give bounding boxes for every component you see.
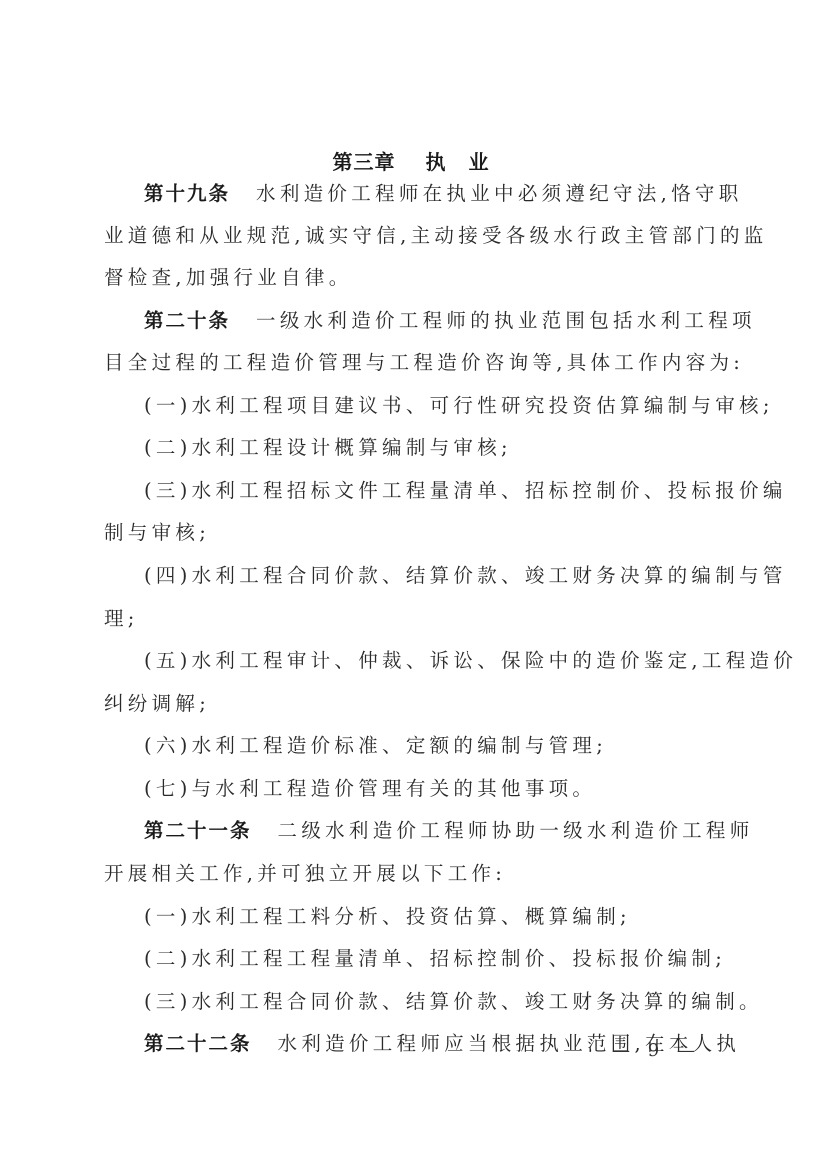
article-number: 第二十一条: [144, 819, 252, 842]
chapter-name-1: 执: [426, 150, 447, 174]
line-text: (七)与水利工程造价管理有关的其他事项。: [144, 777, 596, 800]
text-line: (五)水利工程审计、仲裁、诉讼、保险中的造价鉴定,工程造价: [144, 647, 744, 675]
line-text: (一)水利工程工料分析、投资估算、概算编制;: [144, 905, 631, 928]
line-text: (四)水利工程合同价款、结算价款、竣工财务决算的编制与管: [144, 564, 787, 587]
line-text: 开展相关工作,并可独立开展以下工作:: [104, 862, 506, 885]
line-text: 目全过程的工程造价管理与工程造价咨询等,具体工作内容为:: [104, 351, 744, 374]
text-line: (一)水利工程项目建议书、可行性研究投资估算编制与审核;: [144, 392, 744, 420]
chapter-title: 第三章执业: [0, 146, 822, 175]
article-number: 第十九条: [144, 182, 230, 205]
line-text: (三)水利工程招标文件工程量清单、招标控制价、投标报价编: [144, 479, 787, 502]
text-line: (四)水利工程合同价款、结算价款、竣工财务决算的编制与管: [144, 562, 744, 590]
line-text: 一级水利造价工程师的执业范围包括水利工程项: [256, 309, 756, 332]
line-text: 纠纷调解;: [104, 692, 210, 715]
document-page: 第三章执业 第十九条水利造价工程师在执业中必须遵纪守法,恪守职业道德和从业规范,…: [0, 0, 822, 1172]
text-line: 督检查,加强行业自律。: [104, 264, 704, 292]
line-text: (二)水利工程设计概算编制与审核;: [144, 436, 512, 459]
line-text: (三)水利工程合同价款、结算价款、竣工财务决算的编制。: [144, 990, 763, 1013]
text-line: (三)水利工程合同价款、结算价款、竣工财务决算的编制。: [144, 988, 744, 1016]
text-line: (三)水利工程招标文件工程量清单、招标控制价、投标报价编: [144, 477, 744, 505]
line-text: (六)水利工程造价标准、定额的编制与管理;: [144, 734, 607, 757]
text-line: (七)与水利工程造价管理有关的其他事项。: [144, 775, 744, 803]
chapter-number: 第三章: [333, 150, 396, 174]
line-text: 二级水利造价工程师协助一级水利造价工程师: [278, 819, 754, 842]
chapter-name-2: 业: [469, 150, 490, 174]
text-line: (六)水利工程造价标准、定额的编制与管理;: [144, 732, 744, 760]
text-line: (二)水利工程设计概算编制与审核;: [144, 434, 744, 462]
line-text: (一)水利工程项目建议书、可行性研究投资估算编制与审核;: [144, 394, 774, 417]
article-paragraph-line: 第二十一条二级水利造价工程师协助一级水利造价工程师: [144, 817, 744, 845]
text-line: 目全过程的工程造价管理与工程造价咨询等,具体工作内容为:: [104, 349, 704, 377]
article-paragraph-line: 第二十条一级水利造价工程师的执业范围包括水利工程项: [144, 307, 744, 335]
page-number: — 9 —: [612, 1040, 701, 1061]
text-line: (一)水利工程工料分析、投资估算、概算编制;: [144, 903, 744, 931]
line-text: (二)水利工程工程量清单、招标控制价、投标报价编制;: [144, 947, 726, 970]
text-line: 业道德和从业规范,诚实守信,主动接受各级水行政主管部门的监: [104, 222, 704, 250]
text-line: (二)水利工程工程量清单、招标控制价、投标报价编制;: [144, 945, 744, 973]
text-line: 纠纷调解;: [104, 690, 704, 718]
text-line: 开展相关工作,并可独立开展以下工作:: [104, 860, 704, 888]
text-line: 理;: [104, 605, 704, 633]
article-paragraph-line: 第十九条水利造价工程师在执业中必须遵纪守法,恪守职: [144, 180, 744, 208]
text-line: 制与审核;: [104, 519, 704, 547]
line-text: 水利造价工程师在执业中必须遵纪守法,恪守职: [256, 182, 743, 205]
article-number: 第二十二条: [144, 1032, 252, 1055]
line-text: 督检查,加强行业自律。: [104, 266, 353, 289]
line-text: (五)水利工程审计、仲裁、诉讼、保险中的造价鉴定,工程造价: [144, 649, 797, 672]
article-number: 第二十条: [144, 309, 230, 332]
line-text: 理;: [104, 607, 139, 630]
line-text: 制与审核;: [104, 521, 210, 544]
line-text: 业道德和从业规范,诚实守信,主动接受各级水行政主管部门的监: [104, 224, 768, 247]
